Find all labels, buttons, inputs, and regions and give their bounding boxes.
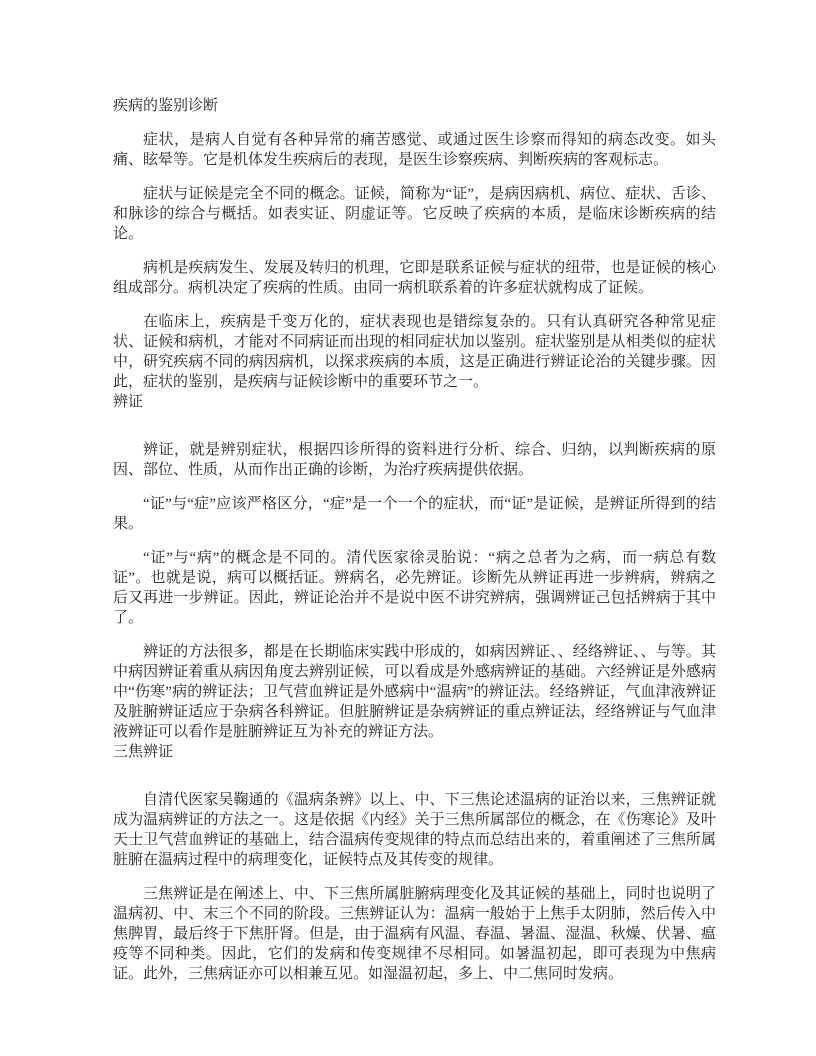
paragraph-bianzheng-definition: 辨证，就是辨别症状，根据四诊所得的资料进行分析、综合、归纳，以判断疾病的原因、部… <box>113 440 716 480</box>
paragraph-bingji: 病机是疾病发生、发展及转归的机理，它即是联系证候与症状的纽带，也是证候的核心组成… <box>113 258 716 298</box>
document-page: 疾病的鉴别诊断 症状，是病人自觉有各种异常的痛苦感觉、或通过医生诊察而得知的病态… <box>0 0 816 1056</box>
paragraph-sanjiao-origin: 自清代医家吴鞠通的《温病条辨》以上、中、下三焦论述温病的证治以来，三焦辨证就成为… <box>113 790 716 870</box>
section-heading-bianzheng: 辨证 <box>113 392 716 412</box>
paragraph-sanjiao-stages: 三焦辨证是在阐述上、中、下三焦所属脏腑病理变化及其证候的基础上，同时也说明了温病… <box>113 884 716 984</box>
paragraph-symptom-definition: 症状，是病人自觉有各种异常的痛苦感觉、或通过医生诊察而得知的病态改变。如头痛、眩… <box>113 130 716 170</box>
section-heading-sanjiao-bianzheng: 三焦辨证 <box>113 742 716 762</box>
paragraph-clinical-differentiation: 在临床上，疾病是千变万化的，症状表现也是错综复杂的。只有认真研究各种常见症状、证… <box>113 312 716 392</box>
paragraph-zheng-vs-disease: “证”与“病”的概念是不同的。清代医家徐灵胎说：“病之总者为之病，而一病总有数证… <box>113 548 716 628</box>
paragraph-zheng-vs-symptom: “证”与“症”应该严格区分，“症”是一个一个的症状，而“证”是证候，是辨证所得到… <box>113 494 716 534</box>
paragraph-bianzheng-methods: 辨证的方法很多，都是在长期临床实践中形成的，如病因辨证、、经络辨证、、与等。其中… <box>113 642 716 742</box>
document-title: 疾病的鉴别诊断 <box>113 96 716 116</box>
paragraph-symptom-vs-zhenghou: 症状与证候是完全不同的概念。证候，简称为“证”，是病因病机、病位、症状、舌诊、和… <box>113 184 716 244</box>
